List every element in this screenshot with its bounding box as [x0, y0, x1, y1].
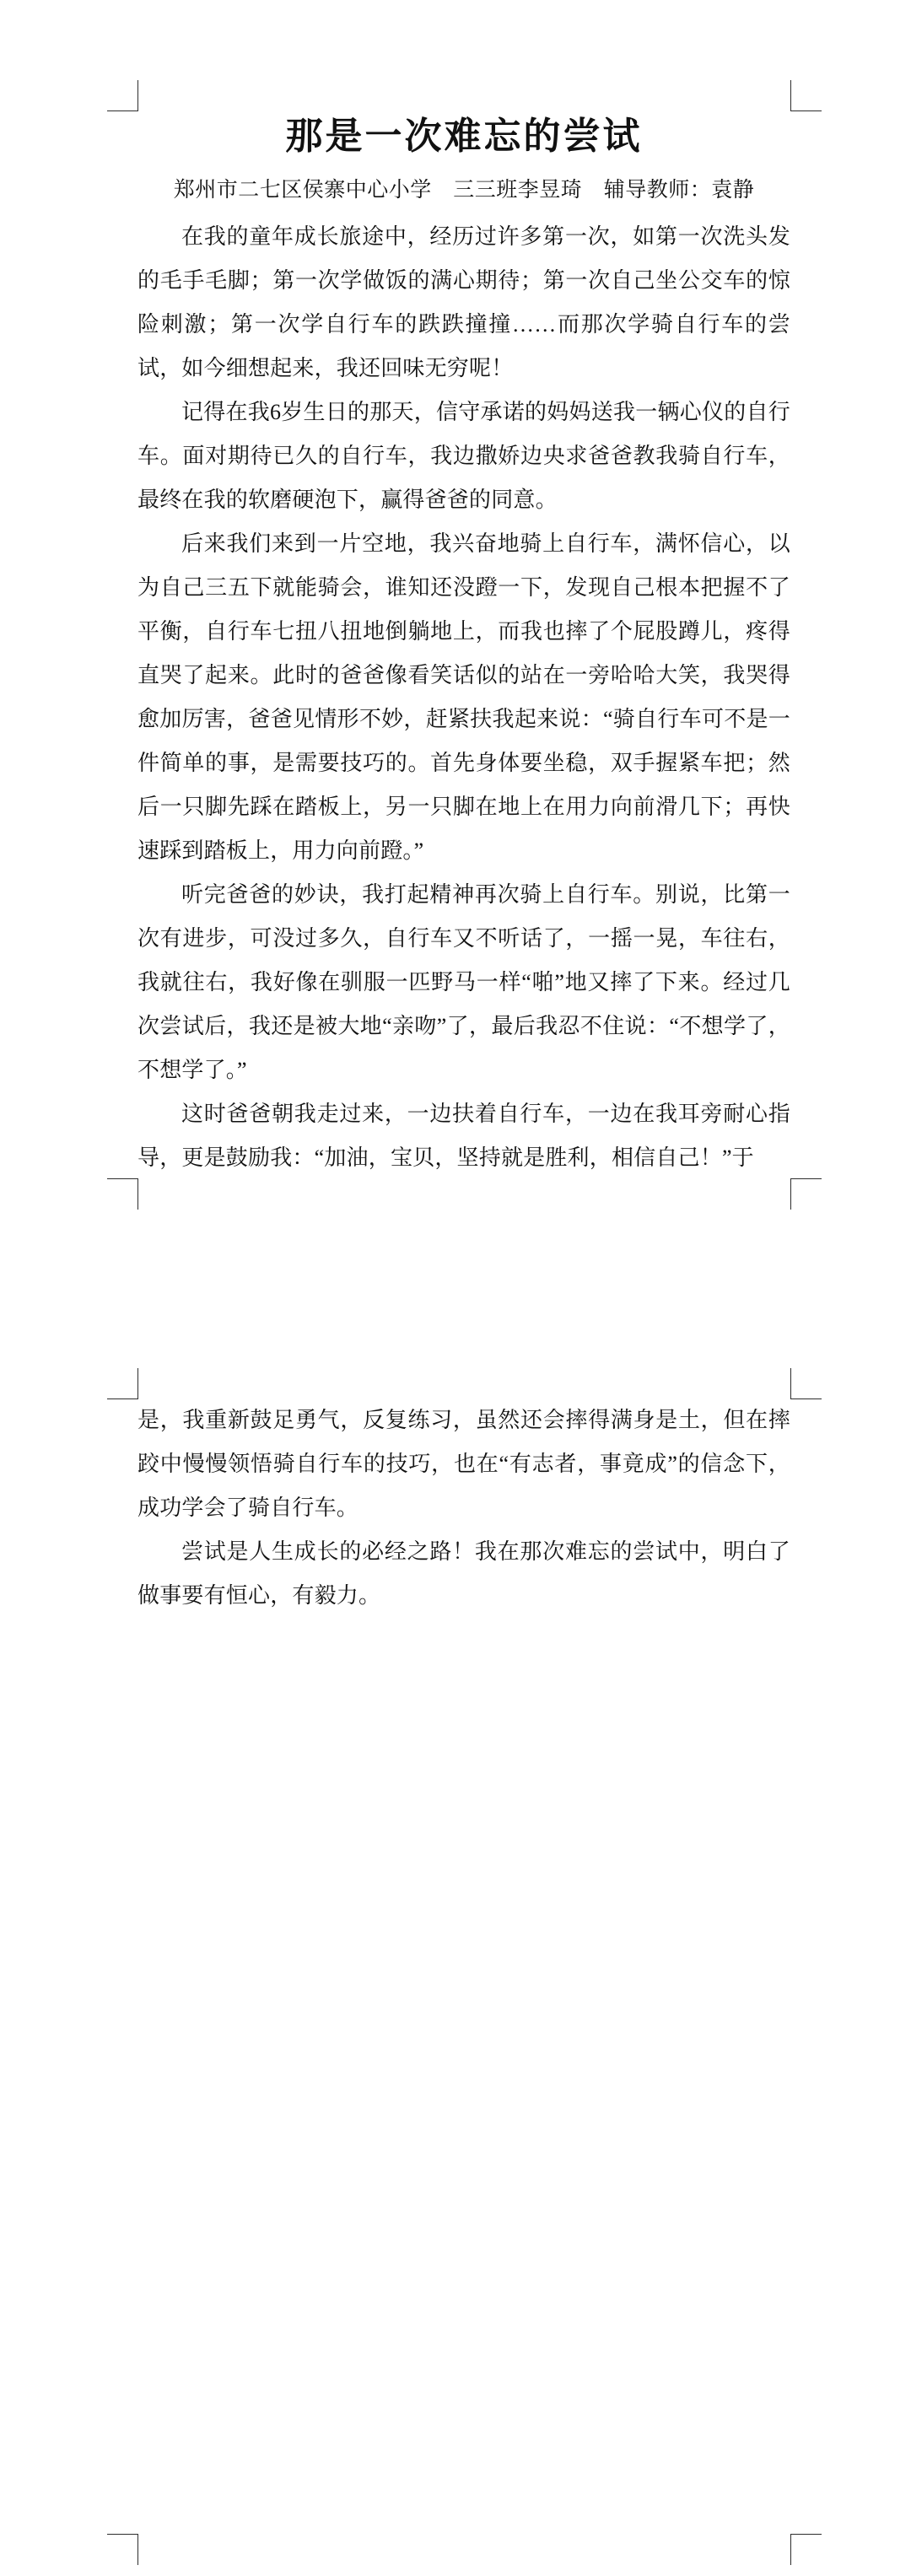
paragraph-3: 后来我们来到一片空地，我兴奋地骑上自行车，满怀信心，以为自己三五下就能骑会，谁知…	[137, 522, 790, 873]
page-1-text-area: 那是一次难忘的尝试 郑州市二七区侯寨中心小学 三三班李昱琦 辅导教师：袁静 在我…	[137, 110, 790, 1178]
essay-title: 那是一次难忘的尝试	[137, 110, 790, 163]
paragraph-1: 在我的童年成长旅途中，经历过许多第一次，如第一次洗头发的毛手毛脚；第一次学做饭的…	[137, 215, 790, 391]
crop-mark-page1-top-right	[790, 80, 822, 111]
crop-mark-page2-bottom-right	[790, 2534, 822, 2565]
paragraph-5-part-1: 这时爸爸朝我走过来，一边扶着自行车，一边在我耳旁耐心指导，更是鼓励我：“加油，宝…	[137, 1092, 790, 1180]
page-2-text-area: 是，我重新鼓足勇气，反复练习，虽然还会摔得满身是土，但在摔跤中慢慢领悟骑自行车的…	[137, 1398, 790, 2534]
crop-mark-page1-bottom-left	[107, 1178, 138, 1210]
crop-mark-page1-top-left	[107, 80, 138, 111]
crop-mark-page1-bottom-right	[790, 1178, 822, 1210]
paragraph-6: 尝试是人生成长的必经之路！我在那次难忘的尝试中，明白了做事要有恒心，有毅力。	[137, 1530, 790, 1618]
byline: 郑州市二七区侯寨中心小学 三三班李昱琦 辅导教师：袁静	[137, 173, 790, 208]
paragraph-5-continuation: 是，我重新鼓足勇气，反复练习，虽然还会摔得满身是土，但在摔跤中慢慢领悟骑自行车的…	[137, 1398, 790, 1530]
crop-mark-page2-top-left	[107, 1368, 138, 1399]
crop-mark-page2-bottom-left	[107, 2534, 138, 2565]
paragraph-2: 记得在我6岁生日的那天，信守承诺的妈妈送我一辆心仪的自行车。面对期待已久的自行车…	[137, 391, 790, 522]
crop-mark-page2-top-right	[790, 1368, 822, 1399]
paragraph-4: 听完爸爸的妙诀，我打起精神再次骑上自行车。别说，比第一次有进步，可没过多久，自行…	[137, 873, 790, 1092]
document-canvas: 那是一次难忘的尝试 郑州市二七区侯寨中心小学 三三班李昱琦 辅导教师：袁静 在我…	[0, 0, 911, 2576]
